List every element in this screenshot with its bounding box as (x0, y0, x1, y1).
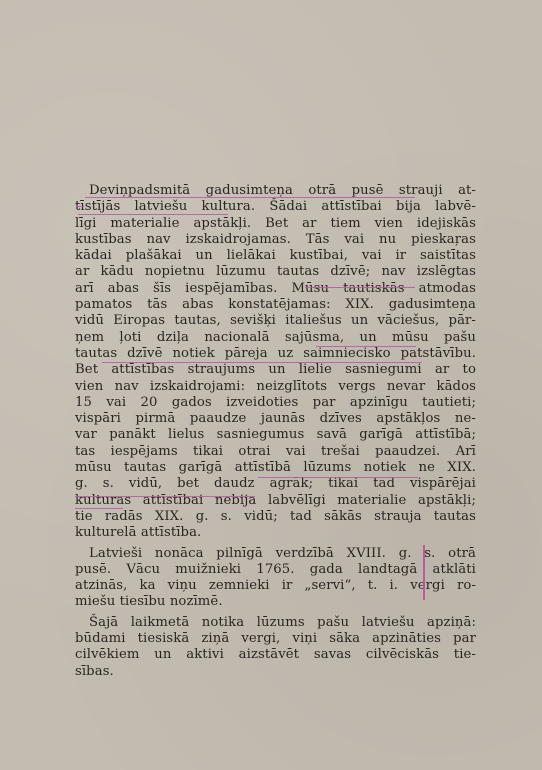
text-line: pusē. Vācu muižnieki 1765. gada landtagā… (75, 562, 476, 578)
paragraph: Šajā laikmetā notika lūzums pašu latvieš… (75, 615, 476, 680)
text-line: 15 vai 20 gados izveidoties par apzinīgu… (75, 395, 476, 411)
text-line: Bet attīstības straujums un lielie sasni… (75, 362, 476, 378)
text-line: var panākt lielus sasniegumus savā garīg… (75, 427, 476, 443)
text-line: g. s. vidū, bet daudz agrāk; tikai tad v… (75, 476, 476, 492)
book-page: Deviņpadsmitā gadusimteņa otrā pusē stra… (0, 0, 542, 770)
text-line: kustības nav izskaidrojamas. Tās vai nu … (75, 232, 476, 248)
underline-annotation (76, 206, 84, 207)
text-line: būdami tiesiskā ziņā vergi, viņi sāka ap… (75, 631, 476, 647)
underline-annotation (258, 477, 418, 478)
underline-annotation (316, 346, 416, 347)
text-line: pamatos tās abas konstatējamas: XIX. gad… (75, 297, 476, 313)
text-line: līgi materialie apstākļi. Bet ar tiem vi… (75, 216, 476, 232)
text-line: ņem ļoti dziļa nacionalā sajūsma, un mūs… (75, 330, 476, 346)
text-line: tas iespējams tikai otrai vai trešai paa… (75, 444, 476, 460)
text-line: vien nav izskaidrojami: neizglītots verg… (75, 379, 476, 395)
underline-annotation (102, 362, 422, 363)
text-line: Šajā laikmetā notika lūzums pašu latvieš… (75, 615, 476, 631)
text-line: cilvēkiem un aktivi aizstāvēt savas cilv… (75, 647, 476, 663)
text-line: vidū Eiropas tautas, sevišķi italiešus u… (75, 313, 476, 329)
text-line: Latvieši nonāca pilnīgā verdzībā XVIII. … (75, 546, 476, 562)
underline-annotation (85, 197, 415, 198)
text-line: tie radās XIX. g. s. vidū; tad sākās str… (75, 509, 476, 525)
underline-annotation (78, 214, 228, 215)
text-line: arī abas šīs iespējamības. Mūsu tautiskā… (75, 281, 476, 297)
text-line: sības. (75, 664, 476, 680)
text-line: mūsu tautas garīgā attīstībā lūzums noti… (75, 460, 476, 476)
text-line: tautas dzīvē notiek pāreja uz saimniecis… (75, 346, 476, 362)
underline-annotation (305, 287, 415, 288)
text-body: Deviņpadsmitā gadusimteņa otrā pusē stra… (75, 183, 476, 680)
text-line: miešu tiesību nozīmē. (75, 594, 476, 610)
underline-annotation (75, 508, 123, 509)
text-line: kulturelā attīstība. (75, 525, 476, 541)
margin-annotation-mark (423, 545, 425, 600)
text-line: vispāri pirmā paaudze jaunās dzīves apst… (75, 411, 476, 427)
underline-annotation (75, 496, 255, 497)
paragraph: Latvieši nonāca pilnīgā verdzībā XVIII. … (75, 546, 476, 611)
text-line: atzinās, ka viņu zemnieki ir „servi“, t.… (75, 578, 476, 594)
text-line: kādai plašākai un lielākai kustībai, vai… (75, 248, 476, 264)
text-line: ar kādu nopietnu lūzumu tautas dzīvē; na… (75, 264, 476, 280)
